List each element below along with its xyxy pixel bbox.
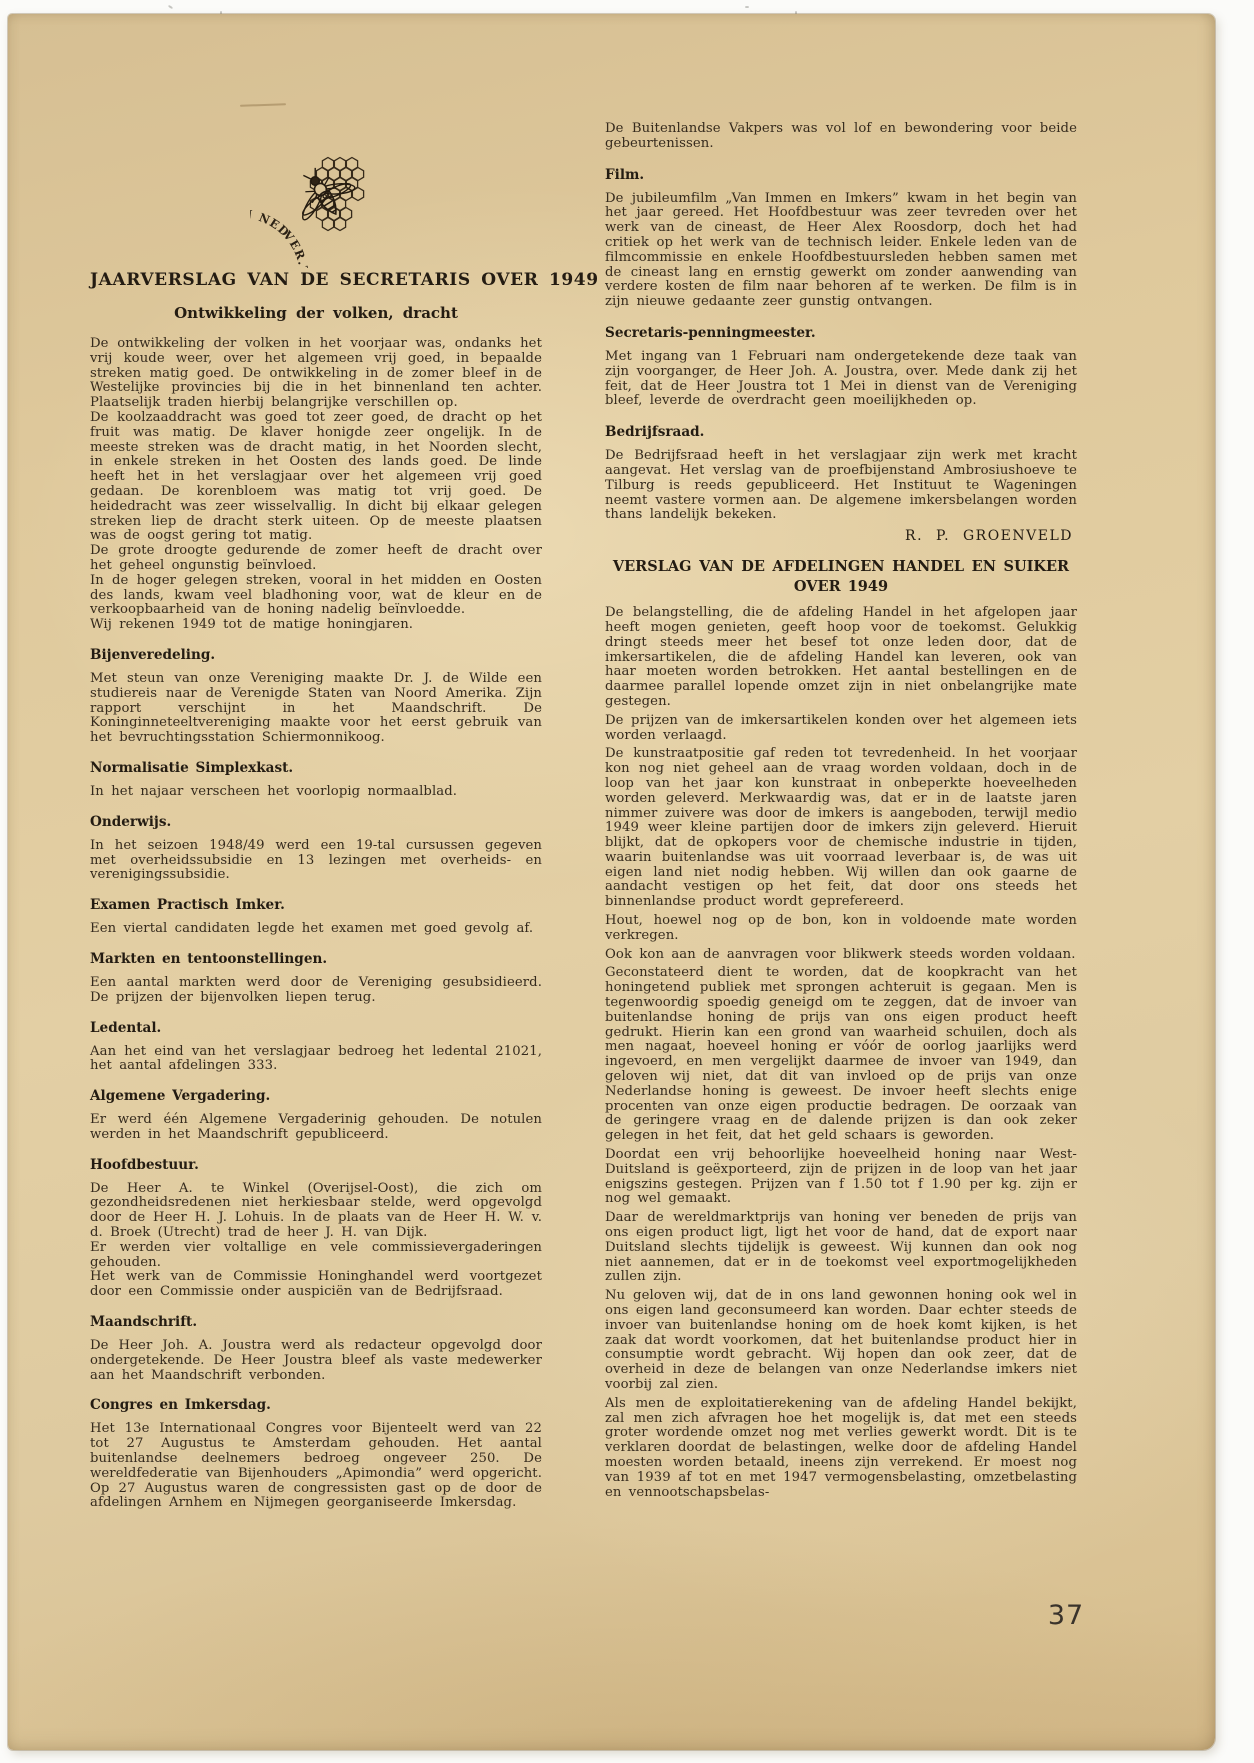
paragraph: Als men de exploitatierekening van de af… xyxy=(605,1397,1077,1501)
section-heading: Film. xyxy=(605,167,1077,183)
section-heading: Ledental. xyxy=(90,1020,542,1036)
pencil-mark xyxy=(240,103,286,107)
paragraph: Geconstateerd dient te worden, dat de ko… xyxy=(605,966,1077,1144)
section-heading: Maandschrift. xyxy=(90,1314,542,1330)
left-column-text: De ontwikkeling der volken in het voorja… xyxy=(90,337,542,1511)
paragraph: Daar de wereldmarktprijs van honing ver … xyxy=(605,1211,1077,1285)
right-column-text: De Buitenlandse Vakpers was vol lof en b… xyxy=(605,122,1077,1500)
section-heading: Bedrijfsraad. xyxy=(605,424,1077,440)
section-heading: Hoofdbestuur. xyxy=(90,1157,542,1173)
logo-ring-text: VER.TOT BEVORDERING DER BIJENTEELT IN NE… xyxy=(250,118,311,268)
report-section-title-year: OVER 1949 xyxy=(605,578,1077,595)
paragraph: De Heer Joh. A. Joustra werd als redacte… xyxy=(90,1339,542,1383)
scanned-document-page: { "page_number": "37", "colors": { "pape… xyxy=(0,0,1254,1763)
left-column: JAARVERSLAG VAN DE SECRETARIS OVER 1949 … xyxy=(90,270,542,1511)
section-heading: Examen Practisch Imker. xyxy=(90,897,542,913)
paragraph: In het seizoen 1948/49 werd een 19-tal c… xyxy=(90,839,542,883)
page-number: 37 xyxy=(1036,1600,1096,1631)
paragraph: Nu geloven wij, dat de in ons land gewon… xyxy=(605,1289,1077,1393)
paragraph: Het 13e Internationaal Congres voor Bije… xyxy=(90,1422,542,1511)
section-heading: Onderwijs. xyxy=(90,814,542,830)
paragraph: Doordat een vrij behoorlijke hoeveelheid… xyxy=(605,1148,1077,1207)
paragraph: In de hoger gelegen streken, vooral in h… xyxy=(90,574,542,618)
paragraph: De grote droogte gedurende de zomer heef… xyxy=(90,544,542,574)
right-column: De Buitenlandse Vakpers was vol lof en b… xyxy=(605,118,1077,1500)
report-subtitle: Ontwikkeling der volken, dracht xyxy=(90,304,542,322)
paragraph: Er werden vier voltallige en vele commis… xyxy=(90,1241,542,1271)
report-title: JAARVERSLAG VAN DE SECRETARIS OVER 1949 xyxy=(90,270,542,290)
paper-page: VER.TOT BEVORDERING DER BIJENTEELT IN NE… xyxy=(8,14,1215,1750)
scanner-dust xyxy=(168,5,173,10)
svg-text:VER.TOT BEVORDERING DER BIJENT: VER.TOT BEVORDERING DER BIJENTEELT IN NE… xyxy=(250,118,311,268)
paragraph: Hout, hoewel nog op de bon, kon in voldo… xyxy=(605,914,1077,944)
scanner-dust xyxy=(745,6,749,8)
section-heading: Secretaris-penningmeester. xyxy=(605,325,1077,341)
paragraph: De Heer A. te Winkel (Overijsel-Oost), d… xyxy=(90,1182,542,1241)
paragraph: Met ingang van 1 Februari nam ondergetek… xyxy=(605,350,1077,409)
paragraph: Een viertal candidaten legde het examen … xyxy=(90,922,542,937)
paragraph: Er werd één Algemene Vergaderinig gehoud… xyxy=(90,1113,542,1143)
paragraph: De kunstraatpositie gaf reden tot tevred… xyxy=(605,747,1077,910)
section-heading: Bijenveredeling. xyxy=(90,647,542,663)
paragraph: De belangstelling, die de afdeling Hande… xyxy=(605,606,1077,710)
paragraph: Wij rekenen 1949 tot de matige honingjar… xyxy=(90,618,542,633)
paragraph: In het najaar verscheen het voorlopig no… xyxy=(90,785,542,800)
report-section-title: VERSLAG VAN DE AFDELINGEN HANDEL EN SUIK… xyxy=(605,558,1077,575)
paragraph: De ontwikkeling der volken in het voorja… xyxy=(90,337,542,411)
bee-emblem-logo: VER.TOT BEVORDERING DER BIJENTEELT IN NE… xyxy=(250,118,400,268)
paragraph: De prijzen van de imkersartikelen konden… xyxy=(605,714,1077,744)
paragraph: Aan het eind van het verslagjaar bedroeg… xyxy=(90,1045,542,1075)
paragraph: De Buitenlandse Vakpers was vol lof en b… xyxy=(605,122,1077,152)
section-heading: Markten en tentoonstellingen. xyxy=(90,951,542,967)
paragraph: De koolzaaddracht was goed tot zeer goed… xyxy=(90,411,542,544)
paragraph: Het werk van de Commissie Honinghandel w… xyxy=(90,1270,542,1300)
paragraph: Met steun van onze Vereniging maakte Dr.… xyxy=(90,672,542,746)
paragraph: Een aantal markten werd door de Verenigi… xyxy=(90,976,542,1006)
section-heading: Normalisatie Simplexkast. xyxy=(90,760,542,776)
signature: R. P. GROENVELD xyxy=(605,528,1073,544)
section-heading: Congres en Imkersdag. xyxy=(90,1397,542,1413)
section-heading: Algemene Vergadering. xyxy=(90,1088,542,1104)
paragraph: Ook kon aan de aanvragen voor blikwerk s… xyxy=(605,948,1077,963)
paragraph: De jubileumfilm „Van Immen en Imkers” kw… xyxy=(605,192,1077,310)
paragraph: De Bedrijfsraad heeft in het verslagjaar… xyxy=(605,449,1077,523)
